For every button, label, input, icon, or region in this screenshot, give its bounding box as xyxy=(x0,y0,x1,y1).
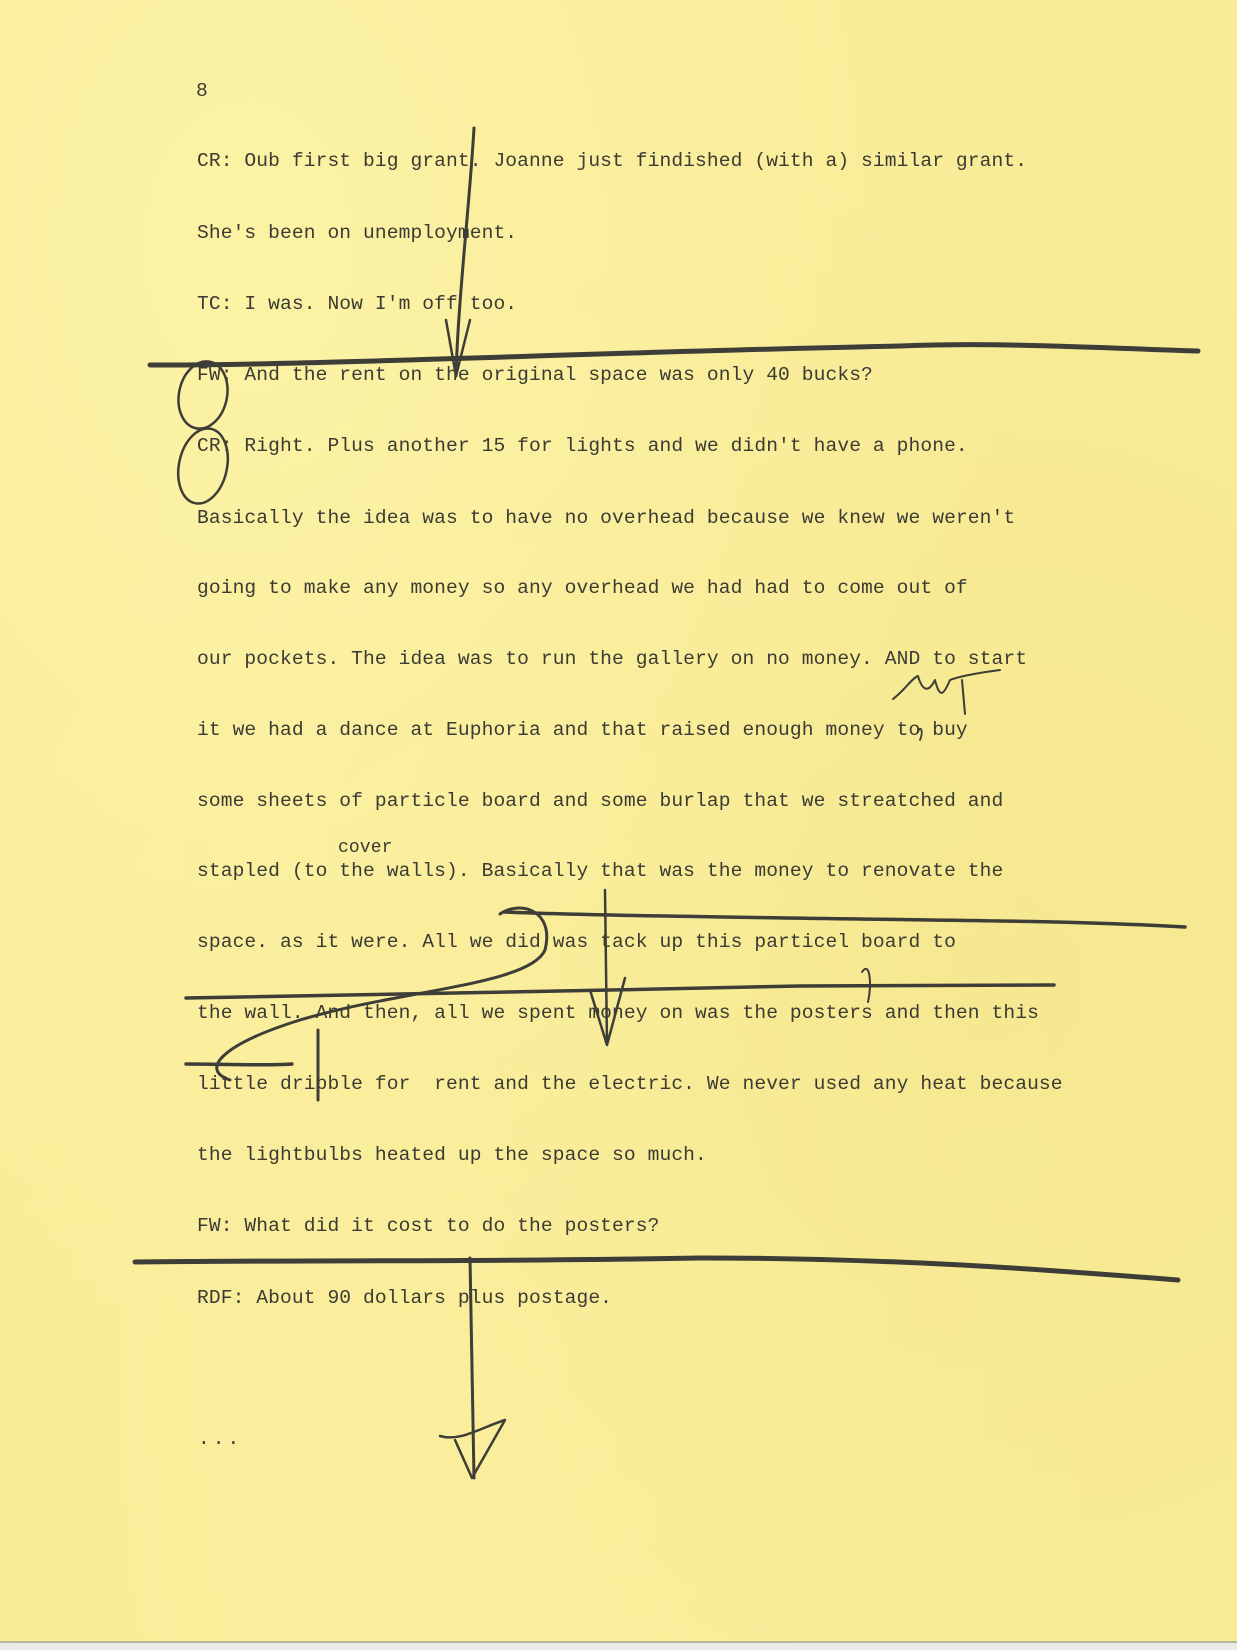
transcript-line: some sheets of particle board and some b… xyxy=(197,790,1003,812)
pencil-annotations xyxy=(0,0,1237,1641)
section-divider xyxy=(150,345,1198,365)
strike-through xyxy=(186,1064,292,1065)
transcript-line: the lightbulbs heated up the space so mu… xyxy=(197,1144,707,1166)
transcript-line: it we had a dance at Euphoria and that r… xyxy=(197,719,968,741)
transcript-line: CR: Right. Plus another 15 for lights an… xyxy=(197,435,968,457)
typewritten-page: 8 CR: Oub first big grant. Joanne just f… xyxy=(0,0,1237,1643)
transcript-line: going to make any money so any overhead … xyxy=(197,577,968,599)
transcript-line: FW: And the rent on the original space w… xyxy=(197,364,873,386)
handwritten-insertion: cover xyxy=(338,838,393,858)
transcript-line: Basically the idea was to have no overhe… xyxy=(197,507,1015,529)
transcript-line-struck: the wall. And then, all we spent money o… xyxy=(197,1002,1039,1024)
transcript-line: She's been on unemployment. xyxy=(197,222,517,244)
transcript-line: TC: I was. Now I'm off too. xyxy=(197,293,517,315)
transcript-line: CR: Oub first big grant. Joanne just fin… xyxy=(197,150,1027,172)
transcript-line: FW: What did it cost to do the posters? xyxy=(197,1215,659,1237)
section-divider xyxy=(135,1258,1178,1280)
strike-through xyxy=(505,912,1185,927)
ellipsis: ... xyxy=(198,1428,242,1450)
transcript-line: little dribble for rent and the electric… xyxy=(197,1073,1063,1095)
transcript-line: our pockets. The idea was to run the gal… xyxy=(197,648,1027,670)
page-number: 8 xyxy=(196,80,208,102)
strike-through xyxy=(186,985,1054,998)
transcript-line-struck: stapled (to the walls). Basically that w… xyxy=(197,860,1003,882)
transcript-line: RDF: About 90 dollars plus postage. xyxy=(197,1287,612,1309)
transcript-line-struck: space. as it were. All we did was tack u… xyxy=(197,931,956,953)
